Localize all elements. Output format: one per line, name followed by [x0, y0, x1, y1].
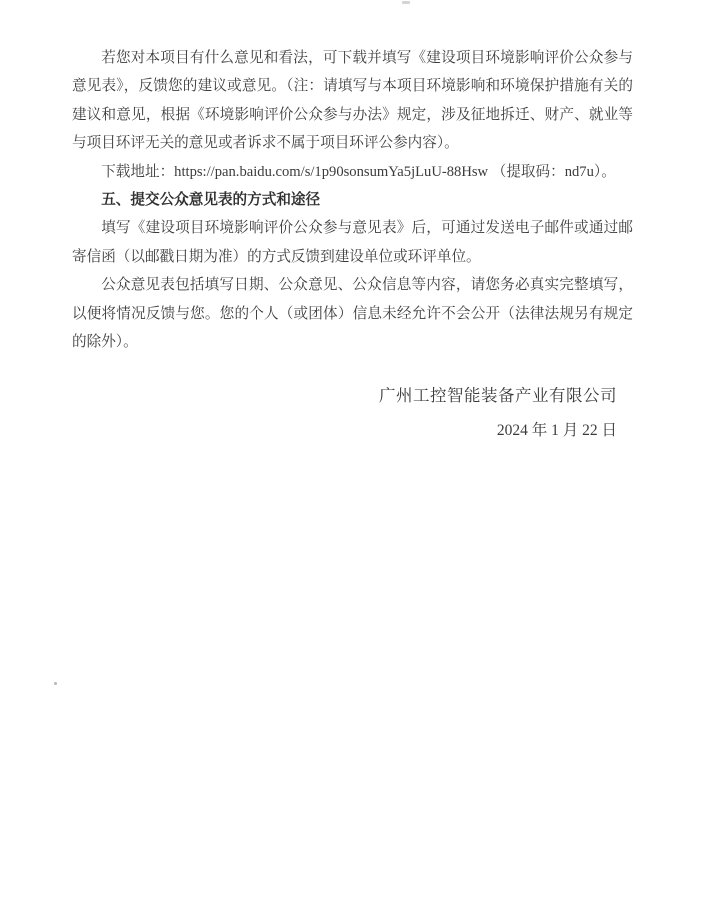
signature-date: 2024 年 1 月 22 日	[72, 417, 617, 445]
download-line: 下载地址：https://pan.baidu.com/s/1p90sonsumY…	[72, 158, 633, 186]
download-label: 下载地址：	[101, 164, 174, 180]
paragraph-privacy-note: 公众意见表包括填写日期、公众意见、公众信息等内容，请您务必真实完整填写，以便将情…	[72, 271, 633, 356]
document-content: 若您对本项目有什么意见和看法，可下载并填写《建设项目环境影响评价公众参与意见表》…	[72, 44, 633, 445]
download-extract-code: （提取码：nd7u）。	[488, 164, 616, 180]
scan-artifact-dot	[54, 682, 57, 685]
paragraph-submission-method: 填写《建设项目环境影响评价公众参与意见表》后，可通过发送电子邮件或通过邮寄信函（…	[72, 214, 633, 271]
section-heading: 五、提交公众意见表的方式和途径	[72, 186, 633, 214]
paragraph-feedback-note: 若您对本项目有什么意见和看法，可下载并填写《建设项目环境影响评价公众参与意见表》…	[72, 44, 633, 158]
company-name: 广州工控智能装备产业有限公司	[72, 382, 617, 410]
scan-artifact-top	[402, 1, 410, 4]
download-url: https://pan.baidu.com/s/1p90sonsumYa5jLu…	[174, 164, 488, 180]
signature-block: 广州工控智能装备产业有限公司 2024 年 1 月 22 日	[72, 382, 633, 445]
scanned-document-page: 若您对本项目有什么意见和看法，可下载并填写《建设项目环境影响评价公众参与意见表》…	[0, 0, 702, 897]
